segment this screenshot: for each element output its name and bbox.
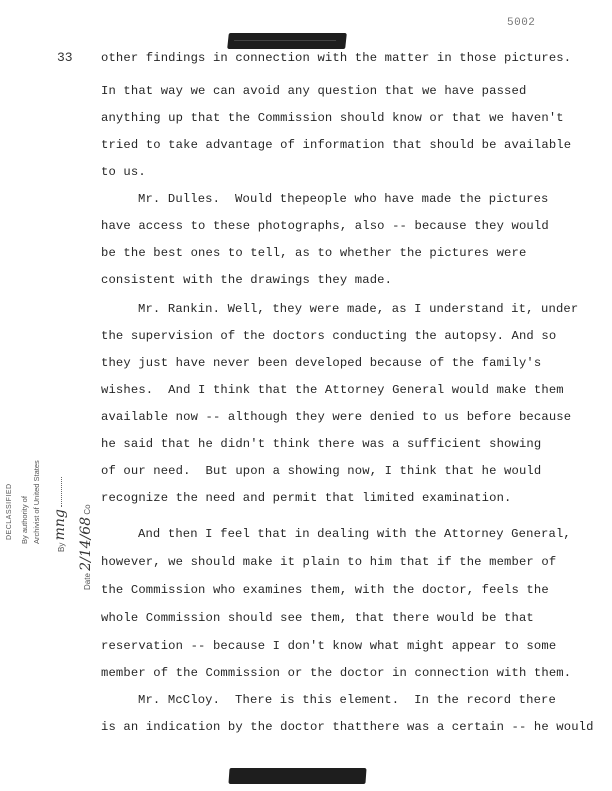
line-number: 33 [57, 50, 73, 65]
transcript-line: consistent with the drawings they made. [101, 273, 392, 287]
transcript-line: Mr. Rankin. Well, they were made, as I u… [138, 302, 578, 316]
redaction-bar-top [227, 33, 347, 49]
transcript-line: Mr. McCloy. There is this element. In th… [138, 693, 556, 707]
page-number: 5002 [507, 17, 535, 29]
transcript-line: In that way we can avoid any question th… [101, 84, 526, 98]
transcript-line: other findings in connection with the ma… [101, 51, 571, 65]
stamp-date-line: Date 2/14/68 Co [78, 504, 94, 590]
transcript-line: recognize the need and permit that limit… [101, 491, 512, 505]
document-page: 5002 33 other findings in connection wit… [0, 0, 612, 791]
stamp-authority-label: By authority of [20, 496, 29, 544]
stamp-archivist-label: Archivist of United States [32, 460, 41, 544]
stamp-date-label: Date [83, 573, 92, 590]
transcript-line: tried to take advantage of information t… [101, 138, 571, 152]
transcript-line: however, we should make it plain to him … [101, 555, 556, 569]
transcript-line: Mr. Dulles. Would thepeople who have mad… [138, 192, 549, 206]
stamp-by-label: By [57, 543, 66, 552]
transcript-line: is an indication by the doctor thatthere… [101, 720, 594, 734]
transcript-line: to us. [101, 165, 146, 179]
transcript-line: have access to these photographs, also -… [101, 219, 549, 233]
transcript-line: wishes. And I think that the Attorney Ge… [101, 383, 564, 397]
stamp-date-suffix: Co [83, 504, 92, 514]
stamp-declassified-label: DECLASSIFIED [6, 483, 13, 540]
stamp-date-value: 2/14/68 [78, 517, 94, 571]
transcript-line: they just have never been developed beca… [101, 356, 541, 370]
transcript-line: of our need. But upon a showing now, I t… [101, 464, 541, 478]
transcript-line: he said that he didn't think there was a… [101, 437, 541, 451]
transcript-line: member of the Commission or the doctor i… [101, 666, 571, 680]
transcript-line: whole Commission should see them, that t… [101, 611, 534, 625]
transcript-line: anything up that the Commission should k… [101, 111, 564, 125]
stamp-by-dotted-line [61, 477, 62, 507]
transcript-line: And then I feel that in dealing with the… [138, 527, 571, 541]
transcript-line: reservation -- because I don't know what… [101, 639, 556, 653]
transcript-line: available now -- although they were deni… [101, 410, 571, 424]
redaction-bar-bottom [228, 768, 366, 784]
declassification-stamp: DECLASSIFIED By authority of Archivist o… [0, 440, 90, 610]
stamp-by-signature: mng [52, 509, 68, 540]
transcript-line: the supervision of the doctors conductin… [101, 329, 556, 343]
transcript-line: be the best ones to tell, as to whether … [101, 246, 526, 260]
transcript-line: the Commission who examines them, with t… [101, 583, 549, 597]
stamp-by-line: By mng [52, 477, 68, 552]
